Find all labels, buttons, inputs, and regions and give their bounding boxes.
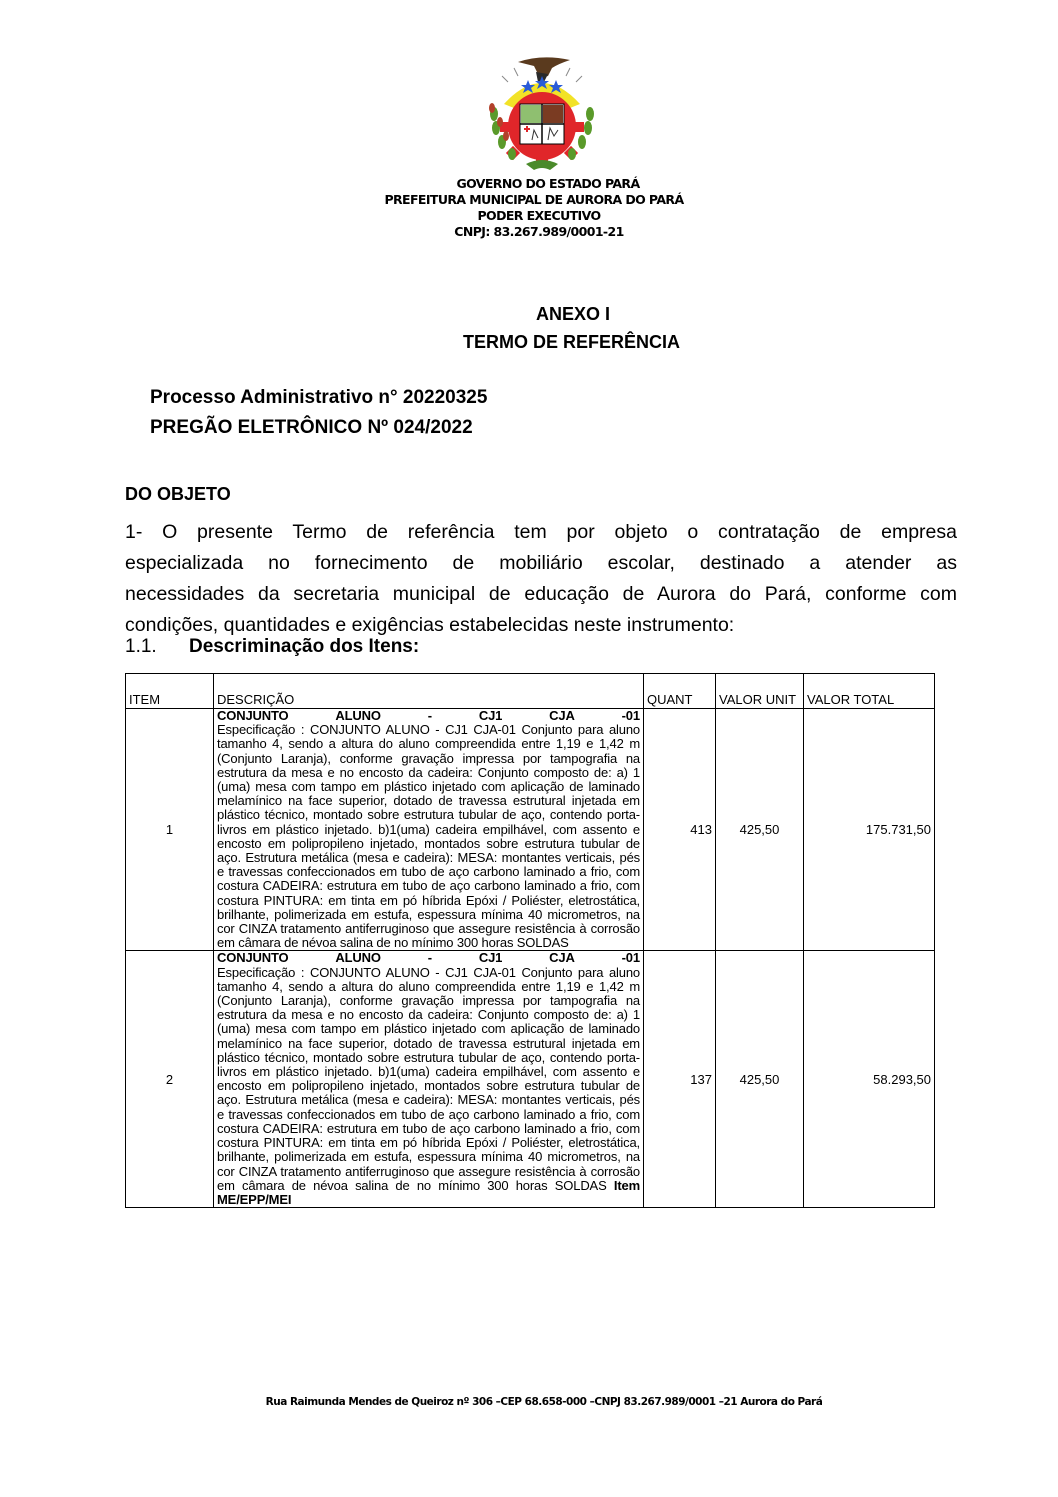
item-quantity: 137 [644, 951, 716, 1208]
document-title: ANEXO I TERMO DE REFERÊNCIA [0, 300, 1058, 356]
coat-of-arms-icon [478, 52, 606, 174]
footer-address: Rua Raimunda Mendes de Queiroz nº 306 –C… [0, 1396, 1058, 1408]
item-description: CONJUNTOALUNO-CJ1CJA-01Especificação : C… [214, 951, 644, 1208]
section-heading-object: DO OBJETO [125, 484, 231, 505]
item-number: 1 [126, 709, 214, 951]
letterhead-state: GOVERNO DO ESTADO PARÁ [0, 176, 1058, 192]
item-category-tag: Item ME/EPP/MEI [217, 1178, 640, 1207]
header-total-value: VALOR TOTAL [804, 674, 935, 709]
header-quantity: QUANT [644, 674, 716, 709]
letterhead: GOVERNO DO ESTADO PARÁ PREFEITURA MUNICI… [0, 176, 1058, 240]
item-total-value: 175.731,50 [804, 709, 935, 951]
letterhead-cnpj: CNPJ: 83.267.989/0001-21 [0, 224, 1058, 240]
subsection-number: 1.1. [125, 636, 189, 658]
subsection-heading: 1.1.Descriminação dos Itens: [125, 636, 419, 658]
item-quantity: 413 [644, 709, 716, 951]
pregao-number: PREGÃO ELETRÔNICO Nº 024/2022 [150, 413, 487, 443]
admin-process-number: Processo Administrativo n° 20220325 [150, 383, 487, 413]
table-row: 2CONJUNTOALUNO-CJ1CJA-01Especificação : … [126, 951, 935, 1208]
table-row: 1CONJUNTOALUNO-CJ1CJA-01Especificação : … [126, 709, 935, 951]
process-info: Processo Administrativo n° 20220325 PREG… [150, 383, 487, 443]
letterhead-branch: PODER EXECUTIVO [0, 208, 1058, 224]
document-page: GOVERNO DO ESTADO PARÁ PREFEITURA MUNICI… [0, 0, 1058, 1497]
annex-label: ANEXO I [0, 300, 1058, 328]
item-unit-value: 425,50 [716, 709, 804, 951]
items-table: ITEM DESCRIÇÃO QUANT VALOR UNIT VALOR TO… [125, 673, 935, 1208]
subsection-title: Descriminação dos Itens: [189, 636, 419, 657]
item-unit-value: 425,50 [716, 951, 804, 1208]
item-specification: Especificação : CONJUNTO ALUNO - CJ1 CJA… [217, 966, 640, 1207]
header-description: DESCRIÇÃO [214, 674, 644, 709]
item-total-value: 58.293,50 [804, 951, 935, 1208]
object-paragraph: 1- O presente Termo de referência tem po… [125, 517, 957, 641]
document-name: TERMO DE REFERÊNCIA [0, 328, 1058, 356]
item-number: 2 [126, 951, 214, 1208]
paragraph-line: necessidades da secretaria municipal de … [125, 579, 957, 610]
letterhead-municipality: PREFEITURA MUNICIPAL DE AURORA DO PARÁ [0, 192, 1058, 208]
paragraph-line: 1- O presente Termo de referência tem po… [125, 517, 957, 548]
item-title: CONJUNTOALUNO-CJ1CJA-01 [217, 951, 640, 965]
table-header-row: ITEM DESCRIÇÃO QUANT VALOR UNIT VALOR TO… [126, 674, 935, 709]
header-item: ITEM [126, 674, 214, 709]
item-title: CONJUNTOALUNO-CJ1CJA-01 [217, 709, 640, 723]
paragraph-line: especializada no fornecimento de mobiliá… [125, 548, 957, 579]
header-unit-value: VALOR UNIT [716, 674, 804, 709]
item-specification: Especificação : CONJUNTO ALUNO - CJ1 CJA… [217, 723, 640, 950]
item-description: CONJUNTOALUNO-CJ1CJA-01Especificação : C… [214, 709, 644, 951]
